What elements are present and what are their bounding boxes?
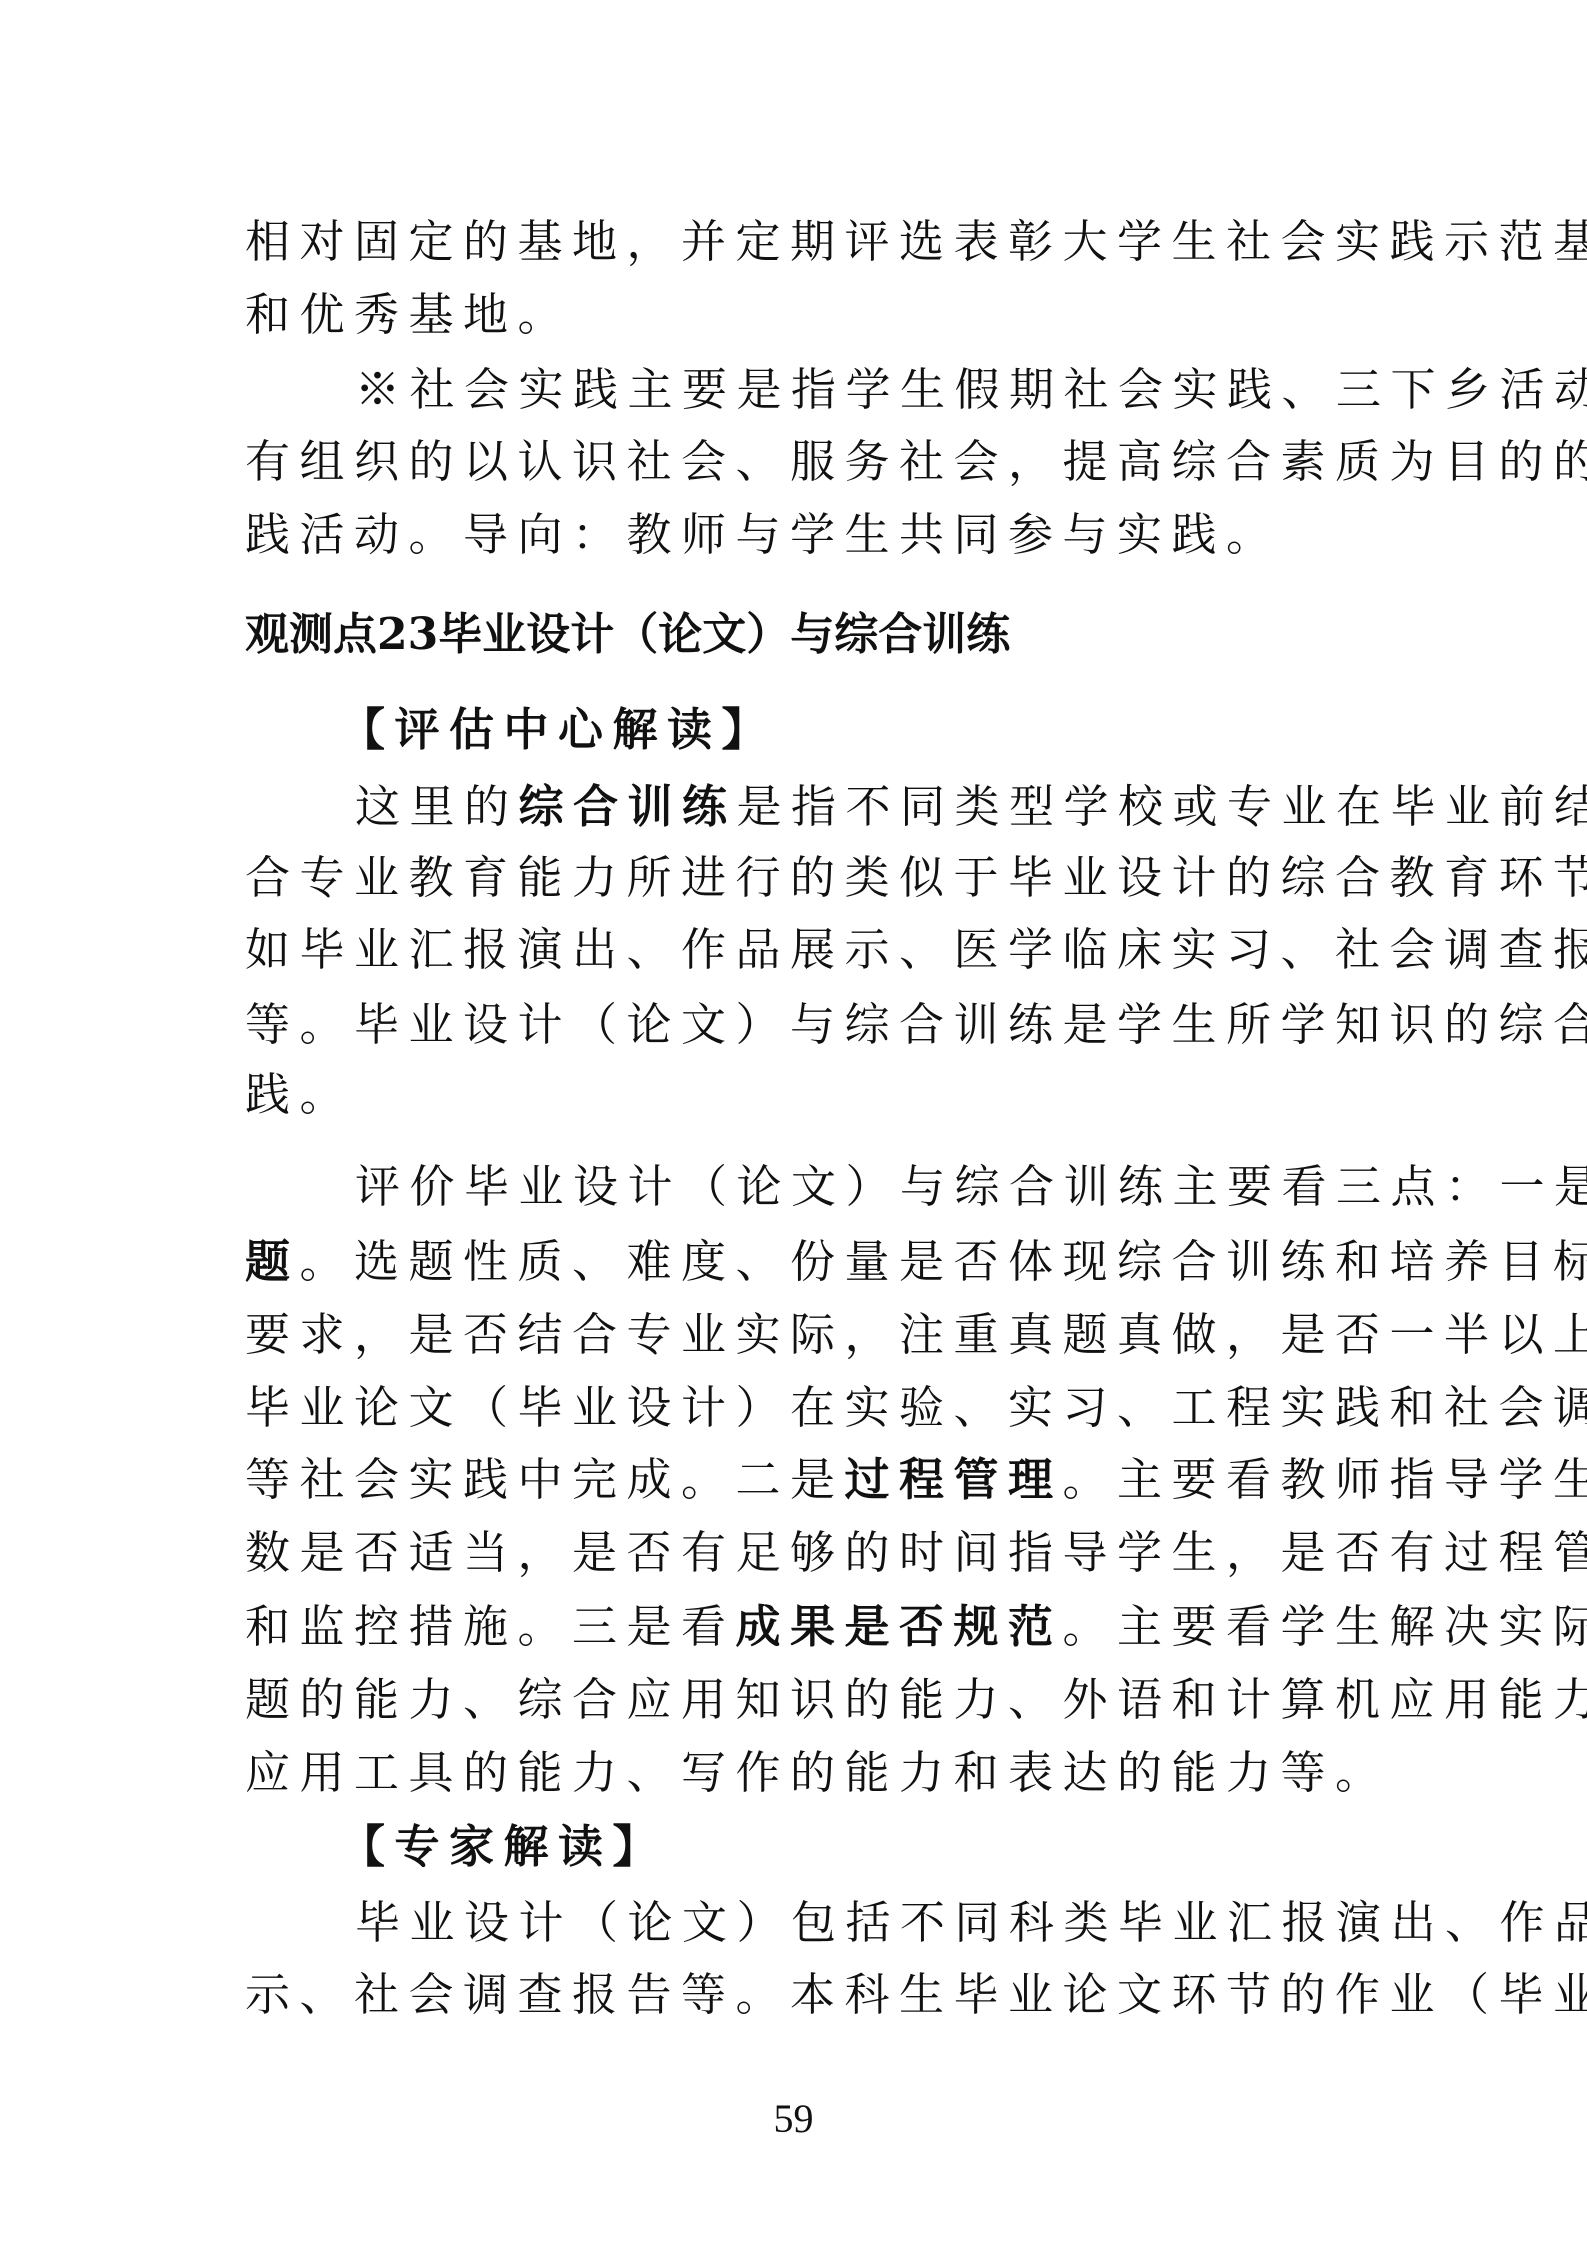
text-span: 这里的 xyxy=(355,780,519,833)
text-span: 。选题性质、难度、份量是否体现综合训练和培养目标的 xyxy=(300,1235,1587,1288)
text-span: 等社会实践中完成。二是 xyxy=(245,1453,845,1506)
bold-term: 成果是否规范 xyxy=(736,1600,1063,1653)
paragraph-line: 等。毕业设计（论文）与综合训练是学生所学知识的综合实 xyxy=(245,995,1345,1055)
paragraph-line: 毕业论文（毕业设计）在实验、实习、工程实践和社会调查 xyxy=(245,1378,1345,1438)
paragraph-line: 评价毕业设计（论文）与综合训练主要看三点：一是选 xyxy=(355,1157,1455,1217)
text-span: 评价毕业设计（论文）与综合训练主要看三点：一是 xyxy=(355,1160,1587,1213)
paragraph-line: 和监控措施。三是看成果是否规范。主要看学生解决实际问 xyxy=(245,1597,1345,1657)
paragraph-line: 数是否适当，是否有足够的时间指导学生，是否有过程管理 xyxy=(245,1523,1345,1583)
paragraph-line: 示、社会调查报告等。本科生毕业论文环节的作业（毕业论 xyxy=(245,1965,1345,2025)
text-span: 和监控措施。三是看 xyxy=(245,1600,736,1653)
paragraph-line: 应用工具的能力、写作的能力和表达的能力等。 xyxy=(245,1743,1345,1803)
paragraph-line: 毕业设计（论文）包括不同科类毕业汇报演出、作品展 xyxy=(355,1893,1455,1953)
section-title-evaluation-center: 【评估中心解读】 xyxy=(340,700,1440,760)
paragraph-line: 要求，是否结合专业实际，注重真题真做，是否一半以上的 xyxy=(245,1305,1345,1365)
text-line: 相对固定的基地，并定期评选表彰大学生社会实践示范基地 xyxy=(245,212,1345,272)
text-line: 和优秀基地。 xyxy=(245,285,1345,345)
paragraph-line: 题的能力、综合应用知识的能力、外语和计算机应用能力、 xyxy=(245,1670,1345,1730)
text-span: 是指不同类型学校或专业在毕业前结 xyxy=(737,780,1587,833)
paragraph-line: 如毕业汇报演出、作品展示、医学临床实习、社会调查报告 xyxy=(245,920,1345,980)
section-title-expert: 【专家解读】 xyxy=(340,1817,1440,1877)
document-page: 相对固定的基地，并定期评选表彰大学生社会实践示范基地 和优秀基地。 ※社会实践主… xyxy=(0,0,1587,2245)
bold-term: 题 xyxy=(245,1235,300,1288)
text-span: 。主要看学生解决实际问 xyxy=(1063,1600,1587,1653)
paragraph-line: 合专业教育能力所进行的类似于毕业设计的综合教育环节， xyxy=(245,848,1345,908)
page-number: 59 xyxy=(0,2095,1587,2142)
paragraph-line: 题。选题性质、难度、份量是否体现综合训练和培养目标的 xyxy=(245,1232,1345,1292)
text-line: 践活动。导向：教师与学生共同参与实践。 xyxy=(245,505,1345,565)
paragraph-line: 等社会实践中完成。二是过程管理。主要看教师指导学生人 xyxy=(245,1450,1345,1510)
text-line: 有组织的以认识社会、服务社会，提高综合素质为目的的实 xyxy=(245,432,1345,492)
bold-term: 过程管理 xyxy=(845,1453,1063,1506)
bold-term: 综合训练 xyxy=(519,780,737,833)
note-line: ※社会实践主要是指学生假期社会实践、三下乡活动等 xyxy=(355,360,1455,420)
paragraph-line: 践。 xyxy=(245,1065,1345,1125)
observation-heading: 观测点23毕业设计（论文）与综合训练 xyxy=(245,605,1345,665)
text-span: 。主要看教师指导学生人 xyxy=(1063,1453,1587,1506)
paragraph-line: 这里的综合训练是指不同类型学校或专业在毕业前结 xyxy=(355,777,1455,837)
